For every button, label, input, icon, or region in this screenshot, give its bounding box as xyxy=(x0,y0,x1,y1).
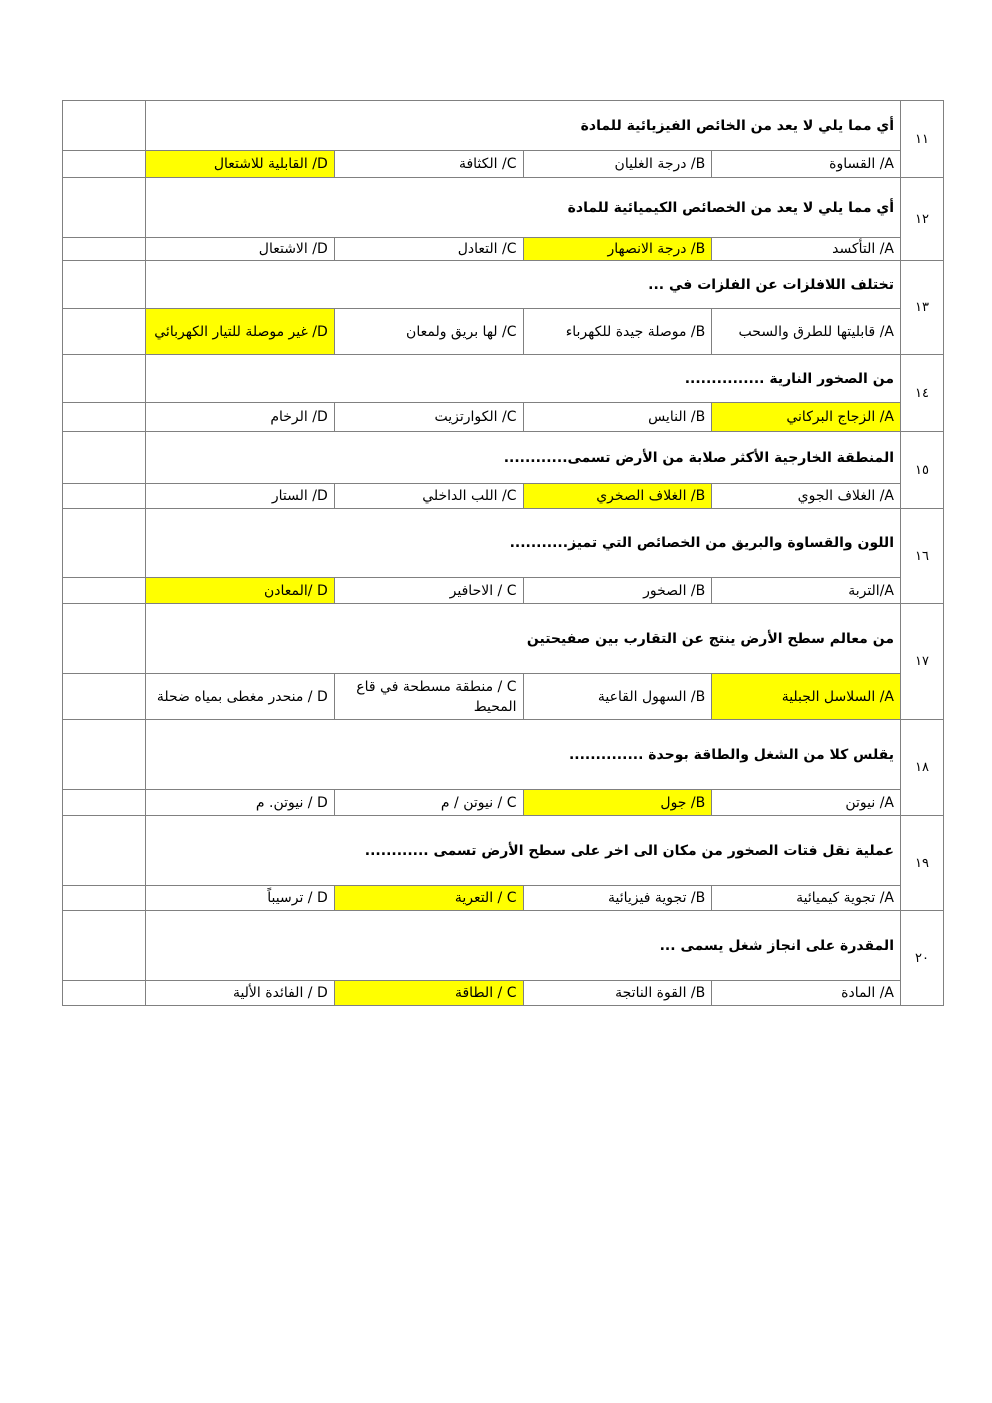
blank-cell xyxy=(63,981,146,1006)
option-c: C/ لها بريق ولمعان xyxy=(334,309,523,355)
blank-cell xyxy=(63,432,146,484)
option-d: D / ترسيباً xyxy=(146,886,335,911)
question-row: ١٢أي مما يلي لا يعد من الخصائص الكيميائي… xyxy=(63,178,944,238)
question-text: من معالم سطح الأرض ينتج عن التقارب بين ص… xyxy=(146,604,901,674)
question-text: أي مما يلي لا يعد من الخائص الفيزيائية ل… xyxy=(146,101,901,151)
blank-cell xyxy=(63,790,146,816)
options-row: A/ نيوتنB/ جولC / نيوتن / مD / نيوتن. م xyxy=(63,790,944,816)
question-number: ١٣ xyxy=(901,261,944,355)
question-text: المنطقة الخارجية الأكثر صلابة من الأرض ت… xyxy=(146,432,901,484)
blank-cell xyxy=(63,720,146,790)
question-text: يقلس كلا من الشغل والطاقة بوحدة ........… xyxy=(146,720,901,790)
question-number: ١٨ xyxy=(901,720,944,816)
option-b: B/ جول xyxy=(523,790,712,816)
option-b: B/ تجوية فيزيائية xyxy=(523,886,712,911)
blank-cell xyxy=(63,674,146,720)
options-row: A/ المادةB/ القوة الناتجةC / الطاقةD / ا… xyxy=(63,981,944,1006)
blank-cell xyxy=(63,355,146,403)
blank-cell xyxy=(63,101,146,151)
options-row: A/ قابليتها للطرق والسحبB/ موصلة جيدة لل… xyxy=(63,309,944,355)
question-number: ١٤ xyxy=(901,355,944,432)
blank-cell xyxy=(63,151,146,178)
blank-cell xyxy=(63,309,146,355)
question-row: ١٩عملية نقل فتات الصخور من مكان الى اخر … xyxy=(63,816,944,886)
blank-cell xyxy=(63,484,146,509)
blank-cell xyxy=(63,261,146,309)
option-d: D/ الرخام xyxy=(146,403,335,432)
options-row: A/ تجوية كيميائيةB/ تجوية فيزيائيةC / ال… xyxy=(63,886,944,911)
option-a: A/ التأكسد xyxy=(712,238,901,261)
option-a: A/ المادة xyxy=(712,981,901,1006)
option-c: C / التعرية xyxy=(334,886,523,911)
question-number: ١٧ xyxy=(901,604,944,720)
option-a: A/ الغلاف الجوي xyxy=(712,484,901,509)
question-text: المقدرة على انجاز شغل يسمى ... xyxy=(146,911,901,981)
question-number: ١٥ xyxy=(901,432,944,509)
blank-cell xyxy=(63,578,146,604)
question-row: ١٣تختلف اللافلزات عن الفلزات في ... xyxy=(63,261,944,309)
blank-cell xyxy=(63,403,146,432)
option-d: D / الفائدة الألية xyxy=(146,981,335,1006)
option-c: C / منطقة مسطحة في قاع المحيط xyxy=(334,674,523,720)
question-row: ١١أي مما يلي لا يعد من الخائص الفيزيائية… xyxy=(63,101,944,151)
question-number: ١١ xyxy=(901,101,944,178)
question-text: أي مما يلي لا يعد من الخصائص الكيميائية … xyxy=(146,178,901,238)
blank-cell xyxy=(63,886,146,911)
quiz-table: ١١أي مما يلي لا يعد من الخائص الفيزيائية… xyxy=(62,100,944,1006)
question-text: من الصخور النارية ............... xyxy=(146,355,901,403)
option-a: A/ القساوة xyxy=(712,151,901,178)
blank-cell xyxy=(63,604,146,674)
option-a: A/التربة xyxy=(712,578,901,604)
blank-cell xyxy=(63,911,146,981)
option-c: C / الاحافير xyxy=(334,578,523,604)
question-row: ١٤من الصخور النارية ............... xyxy=(63,355,944,403)
option-c: C/ الكوارتزيت xyxy=(334,403,523,432)
option-b: B/ القوة الناتجة xyxy=(523,981,712,1006)
question-text: اللون والقساوة والبريق من الخصائص التي ت… xyxy=(146,509,901,578)
option-b: B/ النايس xyxy=(523,403,712,432)
option-a: A/ الزجاج البركاني xyxy=(712,403,901,432)
option-b: B/ الصخور xyxy=(523,578,712,604)
question-row: ٢٠المقدرة على انجاز شغل يسمى ... xyxy=(63,911,944,981)
question-row: ١٧من معالم سطح الأرض ينتج عن التقارب بين… xyxy=(63,604,944,674)
option-c: C / الطاقة xyxy=(334,981,523,1006)
option-d: D / منحدر مغطى بمياه ضحلة xyxy=(146,674,335,720)
option-a: A/ نيوتن xyxy=(712,790,901,816)
question-number: ٢٠ xyxy=(901,911,944,1006)
options-row: A/ السلاسل الجبليةB/ السهول القاعيةC / م… xyxy=(63,674,944,720)
blank-cell xyxy=(63,238,146,261)
options-row: A/ الغلاف الجويB/ الغلاف الصخريC/ اللب ا… xyxy=(63,484,944,509)
options-row: A/ القساوةB/ درجة الغليانC/ الكثافةD/ ال… xyxy=(63,151,944,178)
option-d: D/ القابلية للاشتعال xyxy=(146,151,335,178)
options-row: A/التربةB/ الصخورC / الاحافيرD /المعادن xyxy=(63,578,944,604)
question-row: ١٨يقلس كلا من الشغل والطاقة بوحدة ......… xyxy=(63,720,944,790)
blank-cell xyxy=(63,509,146,578)
option-a: A/ السلاسل الجبلية xyxy=(712,674,901,720)
option-b: B/ الغلاف الصخري xyxy=(523,484,712,509)
option-c: C/ التعادل xyxy=(334,238,523,261)
options-row: A/ التأكسدB/ درجة الانصهارC/ التعادلD/ ا… xyxy=(63,238,944,261)
question-number: ١٦ xyxy=(901,509,944,604)
option-c: C/ اللب الداخلي xyxy=(334,484,523,509)
question-text: تختلف اللافلزات عن الفلزات في ... xyxy=(146,261,901,309)
option-c: C / نيوتن / م xyxy=(334,790,523,816)
question-number: ١٩ xyxy=(901,816,944,911)
option-d: D /المعادن xyxy=(146,578,335,604)
question-row: ١٦اللون والقساوة والبريق من الخصائص التي… xyxy=(63,509,944,578)
option-b: B/ درجة الغليان xyxy=(523,151,712,178)
option-d: D/ الستار xyxy=(146,484,335,509)
option-d: D/ غير موصلة للتيار الكهربائي xyxy=(146,309,335,355)
blank-cell xyxy=(63,178,146,238)
question-text: عملية نقل فتات الصخور من مكان الى اخر عل… xyxy=(146,816,901,886)
question-number: ١٢ xyxy=(901,178,944,261)
option-c: C/ الكثافة xyxy=(334,151,523,178)
blank-cell xyxy=(63,816,146,886)
option-b: B/ درجة الانصهار xyxy=(523,238,712,261)
options-row: A/ الزجاج البركانيB/ النايسC/ الكوارتزيت… xyxy=(63,403,944,432)
option-d: D / نيوتن. م xyxy=(146,790,335,816)
question-row: ١٥المنطقة الخارجية الأكثر صلابة من الأرض… xyxy=(63,432,944,484)
option-b: B/ السهول القاعية xyxy=(523,674,712,720)
option-d: D/ الاشتعال xyxy=(146,238,335,261)
option-a: A/ قابليتها للطرق والسحب xyxy=(712,309,901,355)
option-b: B/ موصلة جيدة للكهرباء xyxy=(523,309,712,355)
option-a: A/ تجوية كيميائية xyxy=(712,886,901,911)
